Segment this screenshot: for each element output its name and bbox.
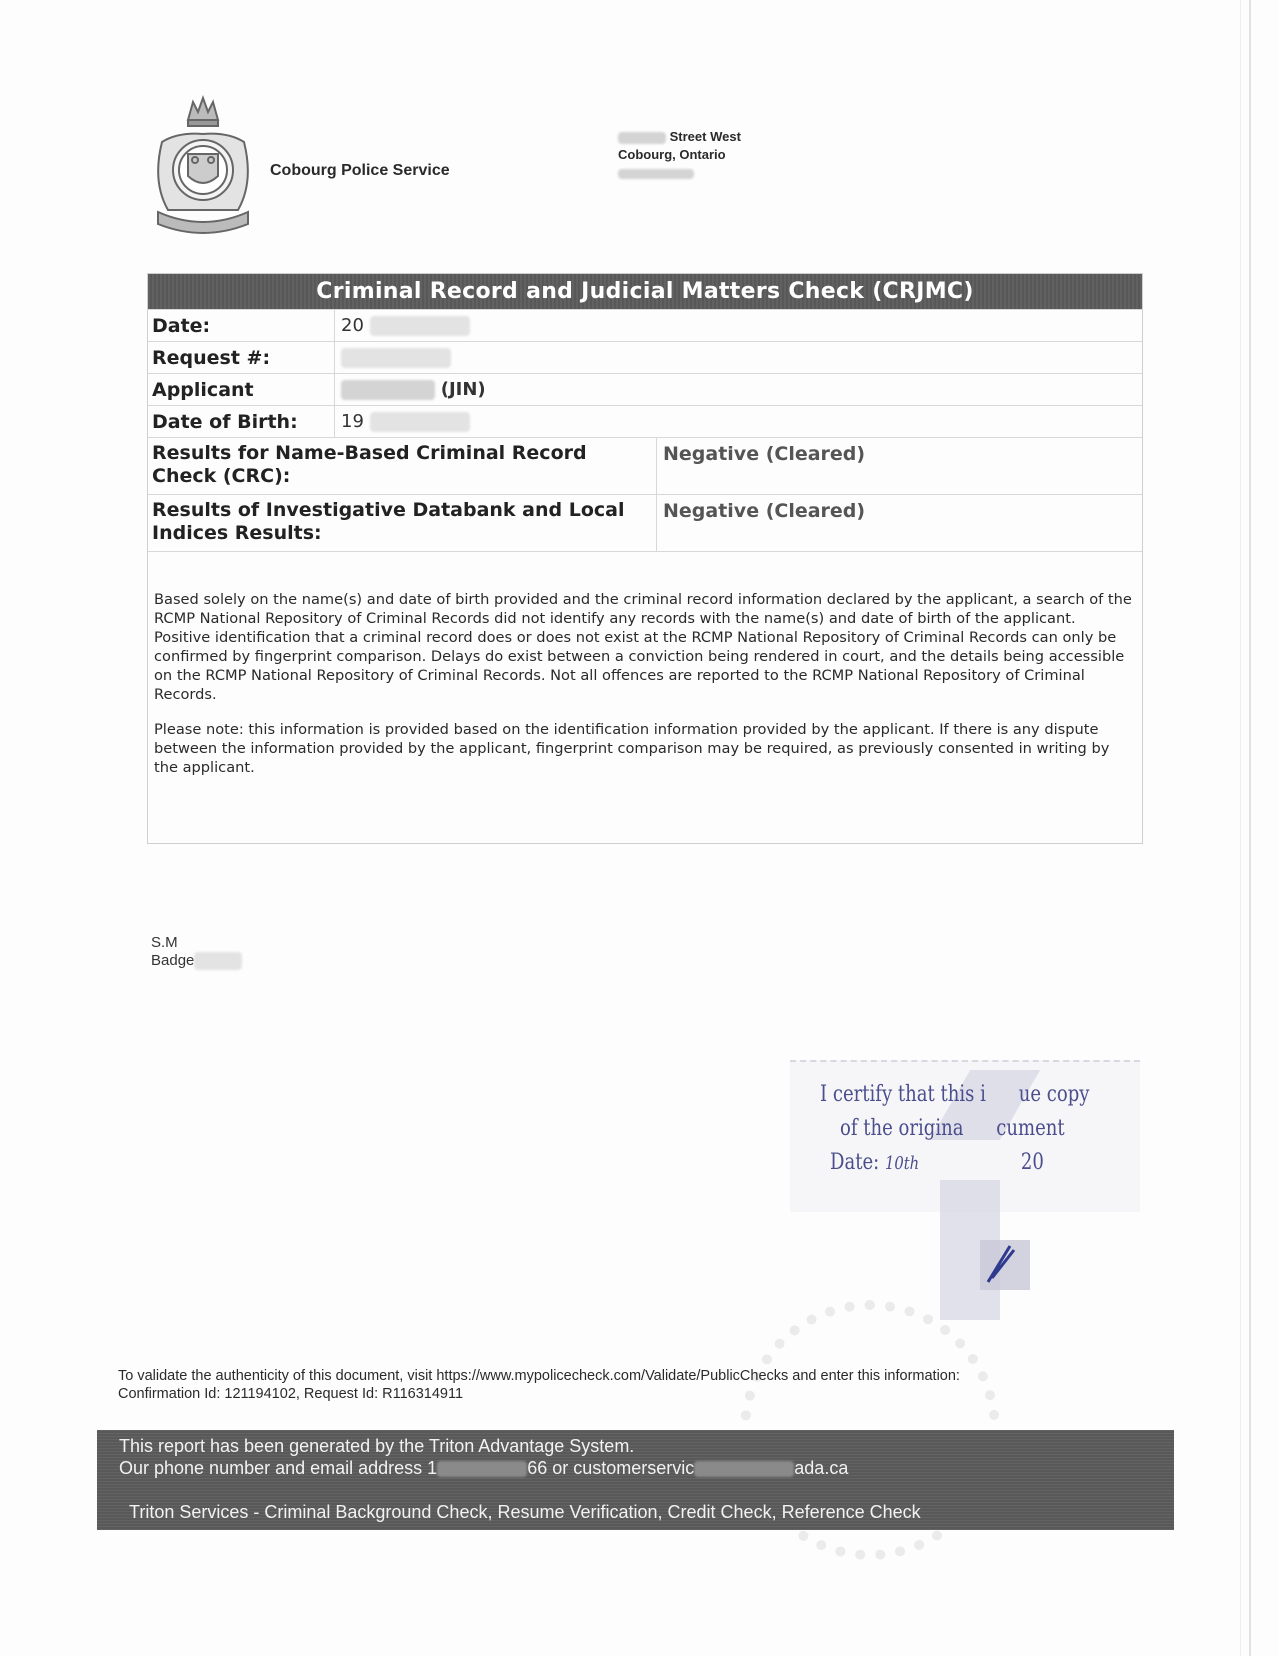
redacted-dob <box>370 412 470 432</box>
stamp-year: 20 <box>1021 1150 1044 1175</box>
address-street: Street West <box>618 128 741 146</box>
stamp-text: cument <box>996 1116 1064 1141</box>
field-label: Applicant <box>148 374 335 405</box>
agency-address: Street West Cobourg, Ontario <box>618 128 741 182</box>
stamp-line-3: Date: 10th 20 <box>830 1150 1044 1175</box>
address-postal <box>618 164 741 182</box>
note-paragraph: Please note: this information is provide… <box>154 720 1136 777</box>
badge-label: Badge <box>151 952 194 969</box>
form-title: Criminal Record and Judicial Matters Che… <box>148 274 1142 309</box>
stamp-text: ue copy <box>1019 1082 1090 1107</box>
officer-badge: Badge <box>151 952 242 970</box>
page-edge <box>1249 0 1251 1656</box>
disclaimer-paragraph: Based solely on the name(s) and date of … <box>154 590 1136 704</box>
officer-signature-block: S.M Badge <box>151 934 242 970</box>
field-row-applicant: Applicant (JIN) <box>148 373 1142 405</box>
result-value: Negative (Cleared) <box>657 438 1142 494</box>
result-label: Results of Investigative Databank and Lo… <box>148 495 657 551</box>
redacted-postal-code <box>618 169 694 179</box>
field-label: Date of Birth: <box>148 406 335 437</box>
agency-name: Cobourg Police Service <box>270 162 450 180</box>
footer-services: Triton Services - Criminal Background Ch… <box>129 1502 921 1523</box>
result-row-databank: Results of Investigative Databank and Lo… <box>148 494 1142 551</box>
crjmc-form: Criminal Record and Judicial Matters Che… <box>147 273 1143 844</box>
redacted-date <box>370 316 470 336</box>
page-edge-secondary <box>1240 0 1241 1656</box>
field-value-request <box>335 342 1142 373</box>
signature-scribble-icon <box>980 1238 1020 1288</box>
validation-ids: Confirmation Id: 121194102, Request Id: … <box>118 1385 960 1403</box>
redacted-street-number <box>618 132 666 144</box>
result-label: Results for Name-Based Criminal Record C… <box>148 438 657 494</box>
footer-phone-fragment: 66 <box>527 1458 547 1478</box>
validation-info: To validate the authenticity of this doc… <box>118 1367 960 1403</box>
redacted-request-number <box>341 348 451 368</box>
redacted-email <box>694 1461 794 1477</box>
stamp-line-2: of the originacument <box>840 1116 1065 1141</box>
address-city: Cobourg, Ontario <box>618 146 741 164</box>
field-label: Request #: <box>148 342 335 373</box>
footer-band: This report has been generated by the Tr… <box>97 1430 1174 1530</box>
redacted-badge-number <box>194 952 242 970</box>
field-row-dob: Date of Birth: 19 <box>148 405 1142 437</box>
handwritten-day: 10th <box>885 1153 919 1174</box>
redacted-applicant-name <box>341 380 435 400</box>
footer-email-suffix: ada.ca <box>794 1458 848 1478</box>
footer-contact: Our phone number and email address 166 o… <box>119 1458 848 1479</box>
footer-generated-by: This report has been generated by the Tr… <box>119 1436 634 1457</box>
field-value-dob: 19 <box>335 406 1142 437</box>
footer-contact-prefix: Our phone number and email address 1 <box>119 1458 437 1478</box>
field-row-request: Request #: <box>148 341 1142 373</box>
field-row-date: Date: 20 <box>148 309 1142 341</box>
date-visible-text: 20 <box>341 315 364 336</box>
form-notes: Based solely on the name(s) and date of … <box>148 551 1142 843</box>
dob-visible-text: 19 <box>341 411 364 432</box>
field-value-date: 20 <box>335 310 1142 341</box>
field-label: Date: <box>148 310 335 341</box>
redacted-phone <box>437 1461 527 1477</box>
footer-email-prefix: or customerservic <box>552 1458 694 1478</box>
applicant-visible-text: (JIN) <box>441 379 486 400</box>
stamp-date-label: Date: <box>830 1150 879 1175</box>
officer-initials: S.M <box>151 934 242 952</box>
stamp-line-1: I certify that this iue copy <box>820 1082 1089 1107</box>
result-value: Negative (Cleared) <box>657 495 1142 551</box>
validation-instructions: To validate the authenticity of this doc… <box>118 1367 960 1385</box>
address-street-text: Street West <box>670 129 741 144</box>
stamp-text: I certify that this i <box>820 1082 986 1107</box>
certification-stamp: I certify that this iue copy of the orig… <box>790 1060 1150 1320</box>
result-row-crc: Results for Name-Based Criminal Record C… <box>148 437 1142 494</box>
field-value-applicant: (JIN) <box>335 374 1142 405</box>
stamp-text: of the origina <box>840 1116 963 1141</box>
police-crest-icon <box>148 92 258 242</box>
